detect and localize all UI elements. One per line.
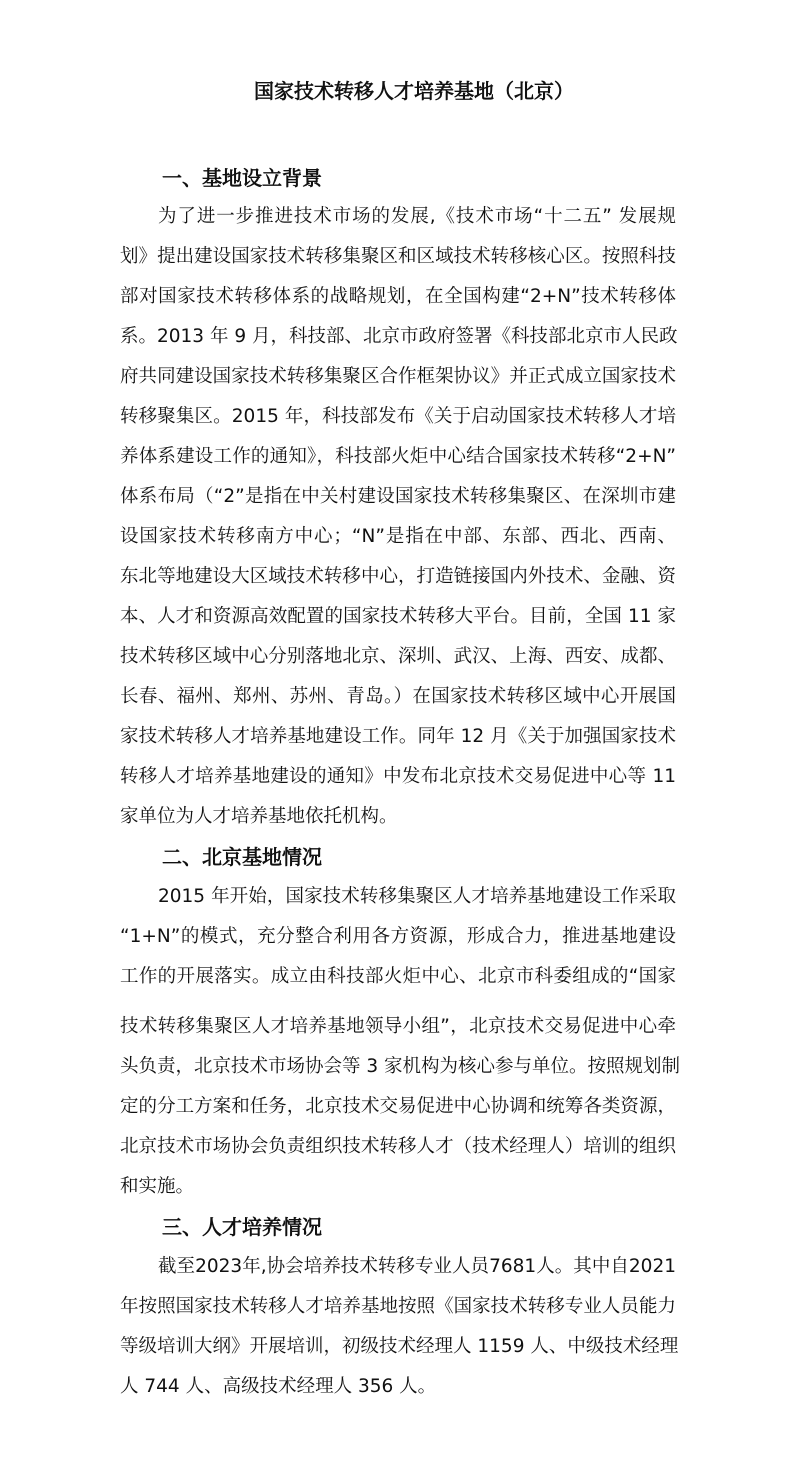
paragraph-line: 为了进一步推进技术市场的发展,《技术市场“十二五” 发展规: [158, 203, 676, 231]
paragraph-line: 本、人才和资源高效配置的国家技术转移大平台。目前，全国 11 家: [120, 603, 676, 631]
paragraph-line: 设国家技术转移南方中心；“N”是指在中部、东部、西北、西南、: [120, 523, 676, 551]
paragraph-line: 头负责，北京技术市场协会等 3 家机构为核心参与单位。按照规划制: [120, 1053, 676, 1081]
paragraph-line: 技术转移集聚区人才培养基地领导小组”，北京技术交易促进中心牵: [120, 1013, 676, 1041]
paragraph-line: 技术转移区域中心分别落地北京、深圳、武汉、上海、西安、成都、: [120, 643, 676, 671]
paragraph-line: 划》提出建设国家技术转移集聚区和区域技术转移核心区。按照科技: [120, 243, 676, 271]
paragraph-line: 体系布局（“2”是指在中关村建设国家技术转移集聚区、在深圳市建: [120, 483, 676, 511]
paragraph-line: 转移聚集区。2015 年，科技部发布《关于启动国家技术转移人才培: [120, 403, 676, 431]
paragraph-line: 家技术转移人才培养基地建设工作。同年 12 月《关于加强国家技术: [120, 723, 676, 751]
paragraph-line: 养体系建设工作的通知》，科技部火炬中心结合国家技术转移“2+N”: [120, 443, 676, 471]
document-page: 国家技术转移人才培养基地（北京） 一、基地设立背景 为了进一步推进技术市场的发展…: [0, 0, 793, 1476]
paragraph-line: 工作的开展落实。成立由科技部火炬中心、北京市科委组成的“国家: [120, 963, 676, 991]
paragraph-line: 截至2023年,协会培养技术转移专业人员7681人。其中自2021: [158, 1253, 676, 1281]
paragraph-line: 定的分工方案和任务，北京技术交易促进中心协调和统筹各类资源，: [120, 1093, 676, 1121]
section-heading-background: 一、基地设立背景: [162, 163, 322, 193]
paragraph-line: 长春、福州、郑州、苏州、青岛。）在国家技术转移区域中心开展国: [120, 683, 676, 711]
paragraph-line: “1+N”的模式，充分整合利用各方资源，形成合力，推进基地建设: [120, 923, 676, 951]
paragraph-line: 府共同建设国家技术转移集聚区合作框架协议》并正式成立国家技术: [120, 363, 676, 391]
section-heading-beijing-base: 二、北京基地情况: [162, 842, 322, 872]
paragraph-line: 北京技术市场协会负责组织技术转移人才（技术经理人）培训的组织: [120, 1133, 676, 1161]
paragraph-line: 家单位为人才培养基地依托机构。: [120, 803, 676, 831]
paragraph-line: 和实施。: [120, 1173, 676, 1201]
document-title: 国家技术转移人才培养基地（北京）: [0, 76, 793, 106]
section-heading-talent-training: 三、人才培养情况: [162, 1212, 322, 1242]
paragraph-line: 部对国家技术转移体系的战略规划，在全国构建“2+N”技术转移体: [120, 283, 676, 311]
paragraph-line: 2015 年开始，国家技术转移集聚区人才培养基地建设工作采取: [158, 883, 676, 911]
paragraph-line: 转移人才培养基地建设的通知》中发布北京技术交易促进中心等 11: [120, 763, 676, 791]
paragraph-line: 系。2013 年 9 月，科技部、北京市政府签署《科技部北京市人民政: [120, 323, 676, 351]
paragraph-line: 人 744 人、高级技术经理人 356 人。: [120, 1373, 676, 1401]
paragraph-line: 等级培训大纲》开展培训，初级技术经理人 1159 人、中级技术经理: [120, 1333, 676, 1361]
paragraph-line: 东北等地建设大区域技术转移中心，打造链接国内外技术、金融、资: [120, 563, 676, 591]
paragraph-line: 年按照国家技术转移人才培养基地按照《国家技术转移专业人员能力: [120, 1293, 676, 1321]
